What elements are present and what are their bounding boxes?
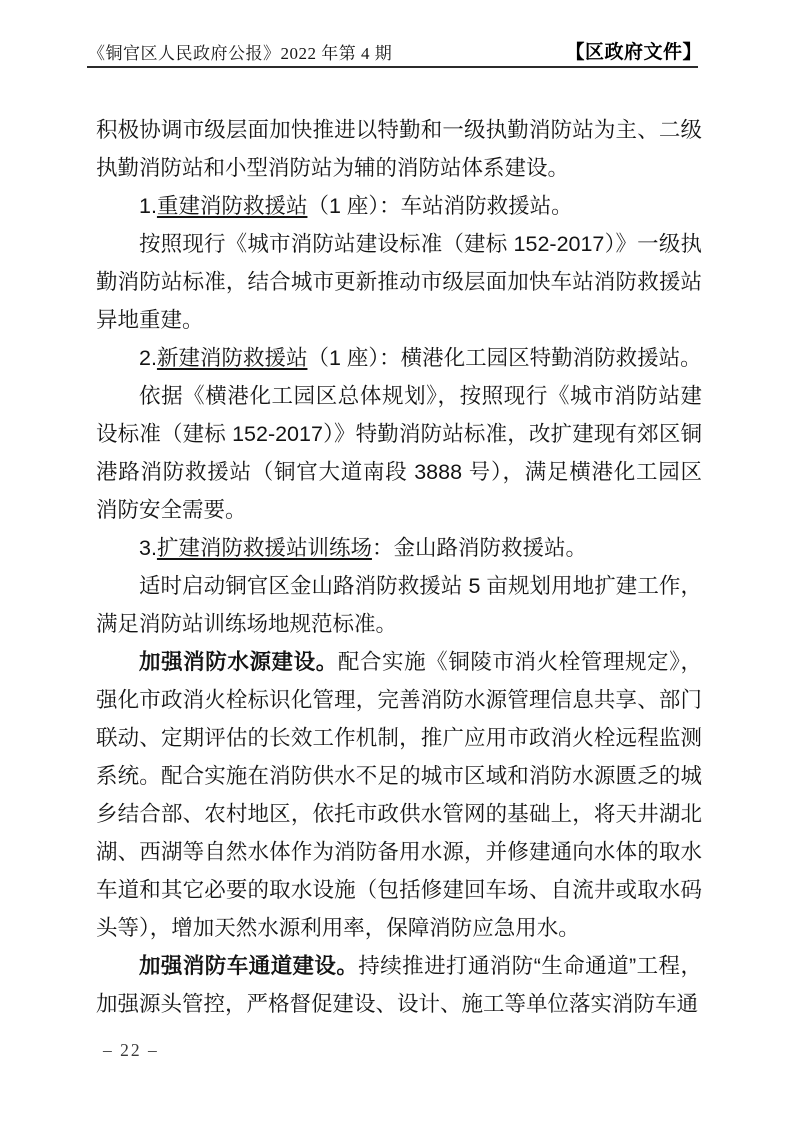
text-segment: 配合实施《铜陵市消火栓管理规定》，强化市政消火栓标识化管理，完善消防水源管理信息… (96, 650, 702, 940)
document-body: 积极协调市级层面加快推进以特勤和一级执勤消防站为主、二级执勤消防站和小型消防站为… (96, 111, 702, 1023)
paragraph: 2.新建消防救援站（1 座）：横港化工园区特勤消防救援站。 (96, 339, 702, 377)
text-segment: 1. (139, 194, 157, 218)
page-number: – 22 – (103, 1040, 159, 1060)
header-rule (87, 66, 698, 68)
paragraph: 积极协调市级层面加快推进以特勤和一级执勤消防站为主、二级执勤消防站和小型消防站为… (96, 111, 702, 187)
paragraph: 加强消防车通道建设。持续推进打通消防“生命通道”工程，加强源头管控，严格督促建设… (96, 947, 702, 1023)
page-header: 《铜官区人民政府公报》2022 年第 4 期 【区政府文件】 (88, 34, 702, 64)
text-segment: 按照现行《城市消防站建设标准（建标 152-2017）》一级执勤消防站标准，结合… (96, 232, 702, 332)
text-segment: 适时启动铜官区金山路消防救援站 5 亩规划用地扩建工作，满足消防站训练场地规范标… (96, 574, 702, 636)
text-segment: 3. (139, 536, 157, 560)
underlined-term: 扩建消防救援站训练场 (157, 536, 372, 560)
text-segment: 积极协调市级层面加快推进以特勤和一级执勤消防站为主、二级执勤消防站和小型消防站为… (96, 118, 702, 180)
text-segment: （1 座）：横港化工园区特勤消防救援站。 (307, 346, 701, 370)
paragraph: 加强消防水源建设。配合实施《铜陵市消火栓管理规定》，强化市政消火栓标识化管理，完… (96, 643, 702, 947)
underlined-term: 新建消防救援站 (157, 346, 308, 370)
paragraph: 3.扩建消防救援站训练场：金山路消防救援站。 (96, 529, 702, 567)
text-segment: （1 座）：车站消防救援站。 (307, 194, 572, 218)
paragraph: 1.重建消防救援站（1 座）：车站消防救援站。 (96, 187, 702, 225)
bold-lead: 加强消防车通道建设。 (139, 954, 358, 978)
text-segment: 2. (139, 346, 157, 370)
gazette-title: 《铜官区人民政府公报》2022 年第 4 期 (88, 39, 392, 64)
document-category-label: 【区政府文件】 (565, 37, 702, 64)
text-segment: 依据《横港化工园区总体规划》，按照现行《城市消防站建设标准（建标 152-201… (96, 384, 702, 522)
paragraph: 依据《横港化工园区总体规划》，按照现行《城市消防站建设标准（建标 152-201… (96, 377, 702, 529)
page-footer: – 22 – (103, 1040, 159, 1061)
paragraph: 适时启动铜官区金山路消防救援站 5 亩规划用地扩建工作，满足消防站训练场地规范标… (96, 567, 702, 643)
underlined-term: 重建消防救援站 (157, 194, 308, 218)
gazette-page: 《铜官区人民政府公报》2022 年第 4 期 【区政府文件】 积极协调市级层面加… (0, 0, 794, 1122)
paragraph: 按照现行《城市消防站建设标准（建标 152-2017）》一级执勤消防站标准，结合… (96, 225, 702, 339)
text-segment: ：金山路消防救援站。 (372, 536, 587, 560)
bold-lead: 加强消防水源建设。 (139, 650, 338, 674)
